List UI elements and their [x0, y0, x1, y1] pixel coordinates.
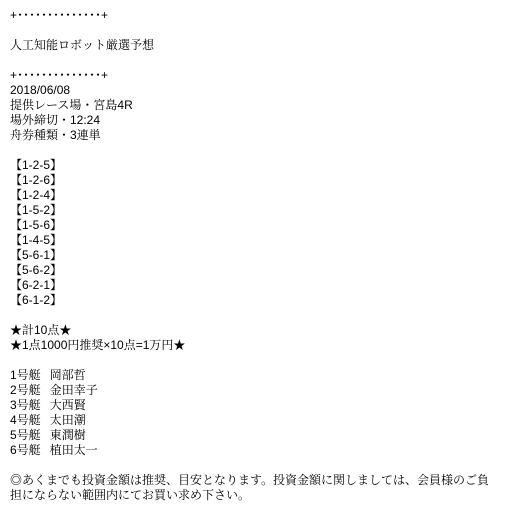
race-date: 2018/06/08 — [10, 83, 497, 98]
bet-list: 【1-2-5】 【1-2-6】 【1-2-4】 【1-5-2】 【1-5-6】 … — [10, 158, 497, 308]
stake-summary: ★計10点★ ★1点1000円推奨×10点=1万円★ — [10, 323, 497, 353]
boat-number: 2号艇 — [10, 383, 41, 397]
divider-top: +･･････････････+ — [10, 8, 497, 23]
divider-info: +･･････････････+ — [10, 68, 497, 83]
racer-name: 大西賢 — [50, 398, 86, 412]
bet-combination: 【5-6-1】 — [10, 248, 497, 263]
bet-combination: 【1-5-6】 — [10, 218, 497, 233]
total-points: ★計10点★ — [10, 323, 497, 338]
entry-list: 1号艇岡部哲 2号艇金田幸子 3号艇大西賢 4号艇太田潮 5号艇東潤樹 6号艇植… — [10, 368, 497, 458]
stake-recommendation: ★1点1000円推奨×10点=1万円★ — [10, 338, 497, 353]
boat-number: 4号艇 — [10, 413, 41, 427]
bet-combination: 【1-2-6】 — [10, 173, 497, 188]
prediction-document: +･･････････････+ 人工知能ロボット厳選予想 +･････････… — [0, 0, 507, 503]
entry-row: 2号艇金田幸子 — [10, 383, 497, 398]
boat-number: 5号艇 — [10, 428, 41, 442]
racer-name: 東潤樹 — [50, 428, 86, 442]
racer-name: 金田幸子 — [50, 383, 98, 397]
entry-row: 6号艇植田太一 — [10, 443, 497, 458]
bet-combination: 【5-6-2】 — [10, 263, 497, 278]
race-venue: 提供レース場・宮島4R — [10, 98, 497, 113]
racer-name: 植田太一 — [50, 443, 98, 457]
bet-combination: 【6-2-1】 — [10, 278, 497, 293]
boat-number: 1号艇 — [10, 368, 41, 382]
racer-name: 太田潮 — [50, 413, 86, 427]
bet-combination: 【1-2-4】 — [10, 188, 497, 203]
bet-combination: 【6-1-2】 — [10, 293, 497, 308]
betting-deadline: 場外締切・12:24 — [10, 113, 497, 128]
ticket-type: 舟券種類・3連単 — [10, 128, 497, 143]
entry-row: 3号艇大西賢 — [10, 398, 497, 413]
bet-combination: 【1-4-5】 — [10, 233, 497, 248]
page-title: 人工知能ロボット厳選予想 — [10, 38, 497, 53]
disclaimer: ◎あくまでも投資金額は推奨、目安となります。投資金額に関しましては、会員様のご負… — [10, 473, 497, 503]
boat-number: 3号艇 — [10, 398, 41, 412]
entry-row: 1号艇岡部哲 — [10, 368, 497, 383]
entry-row: 4号艇太田潮 — [10, 413, 497, 428]
boat-number: 6号艇 — [10, 443, 41, 457]
bet-combination: 【1-2-5】 — [10, 158, 497, 173]
bet-combination: 【1-5-2】 — [10, 203, 497, 218]
entry-row: 5号艇東潤樹 — [10, 428, 497, 443]
racer-name: 岡部哲 — [50, 368, 86, 382]
race-info: 2018/06/08 提供レース場・宮島4R 場外締切・12:24 舟券種類・3… — [10, 83, 497, 143]
